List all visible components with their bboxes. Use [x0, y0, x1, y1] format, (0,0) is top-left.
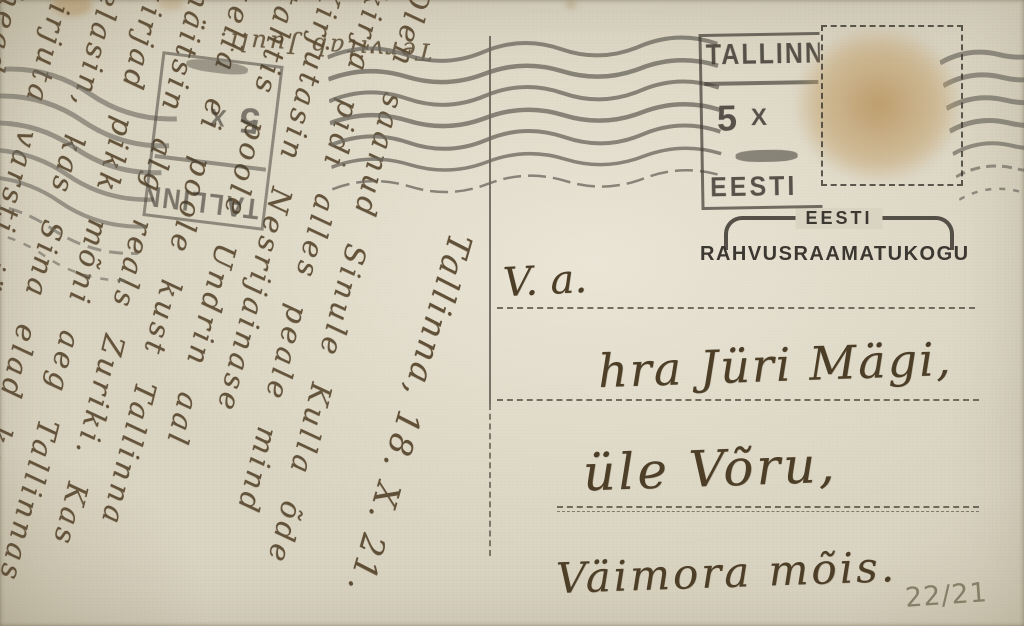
library-stamp-country: EESTI — [795, 208, 882, 229]
divider-line-dashed — [489, 404, 491, 556]
address-rule-2 — [497, 399, 979, 401]
address-salutation: V. a. — [502, 256, 588, 306]
cancellation-waves-center — [327, 29, 753, 220]
address-rule-3 — [557, 506, 979, 508]
postmark-day: 5 — [717, 97, 738, 139]
address-recipient: hra Jüri Mägi, — [597, 332, 953, 398]
catalog-number: 22/21 — [904, 577, 989, 614]
postmark-month: X — [751, 104, 770, 132]
postmark-rule — [155, 154, 267, 172]
address-estate: Väimora mõis. — [555, 542, 897, 603]
postmark-box-left: TALLINN 5 X — [142, 51, 283, 231]
postmark-month: X — [206, 102, 227, 132]
address-route: üle Võru, — [582, 436, 838, 503]
postmark-smudge — [186, 57, 249, 76]
stamp-placement-frame — [821, 25, 963, 186]
paper-stain-spot — [566, 0, 576, 8]
address-rule-1 — [497, 307, 975, 309]
postcard-scan: Tallinna, 18. X. 21. Olen saanud Sinule … — [0, 0, 1024, 626]
address-rule-3b — [557, 511, 979, 512]
postmark-day: 5 — [237, 99, 262, 143]
library-stamp-name: RAHVUSRAAMATUKOGU — [700, 243, 966, 266]
